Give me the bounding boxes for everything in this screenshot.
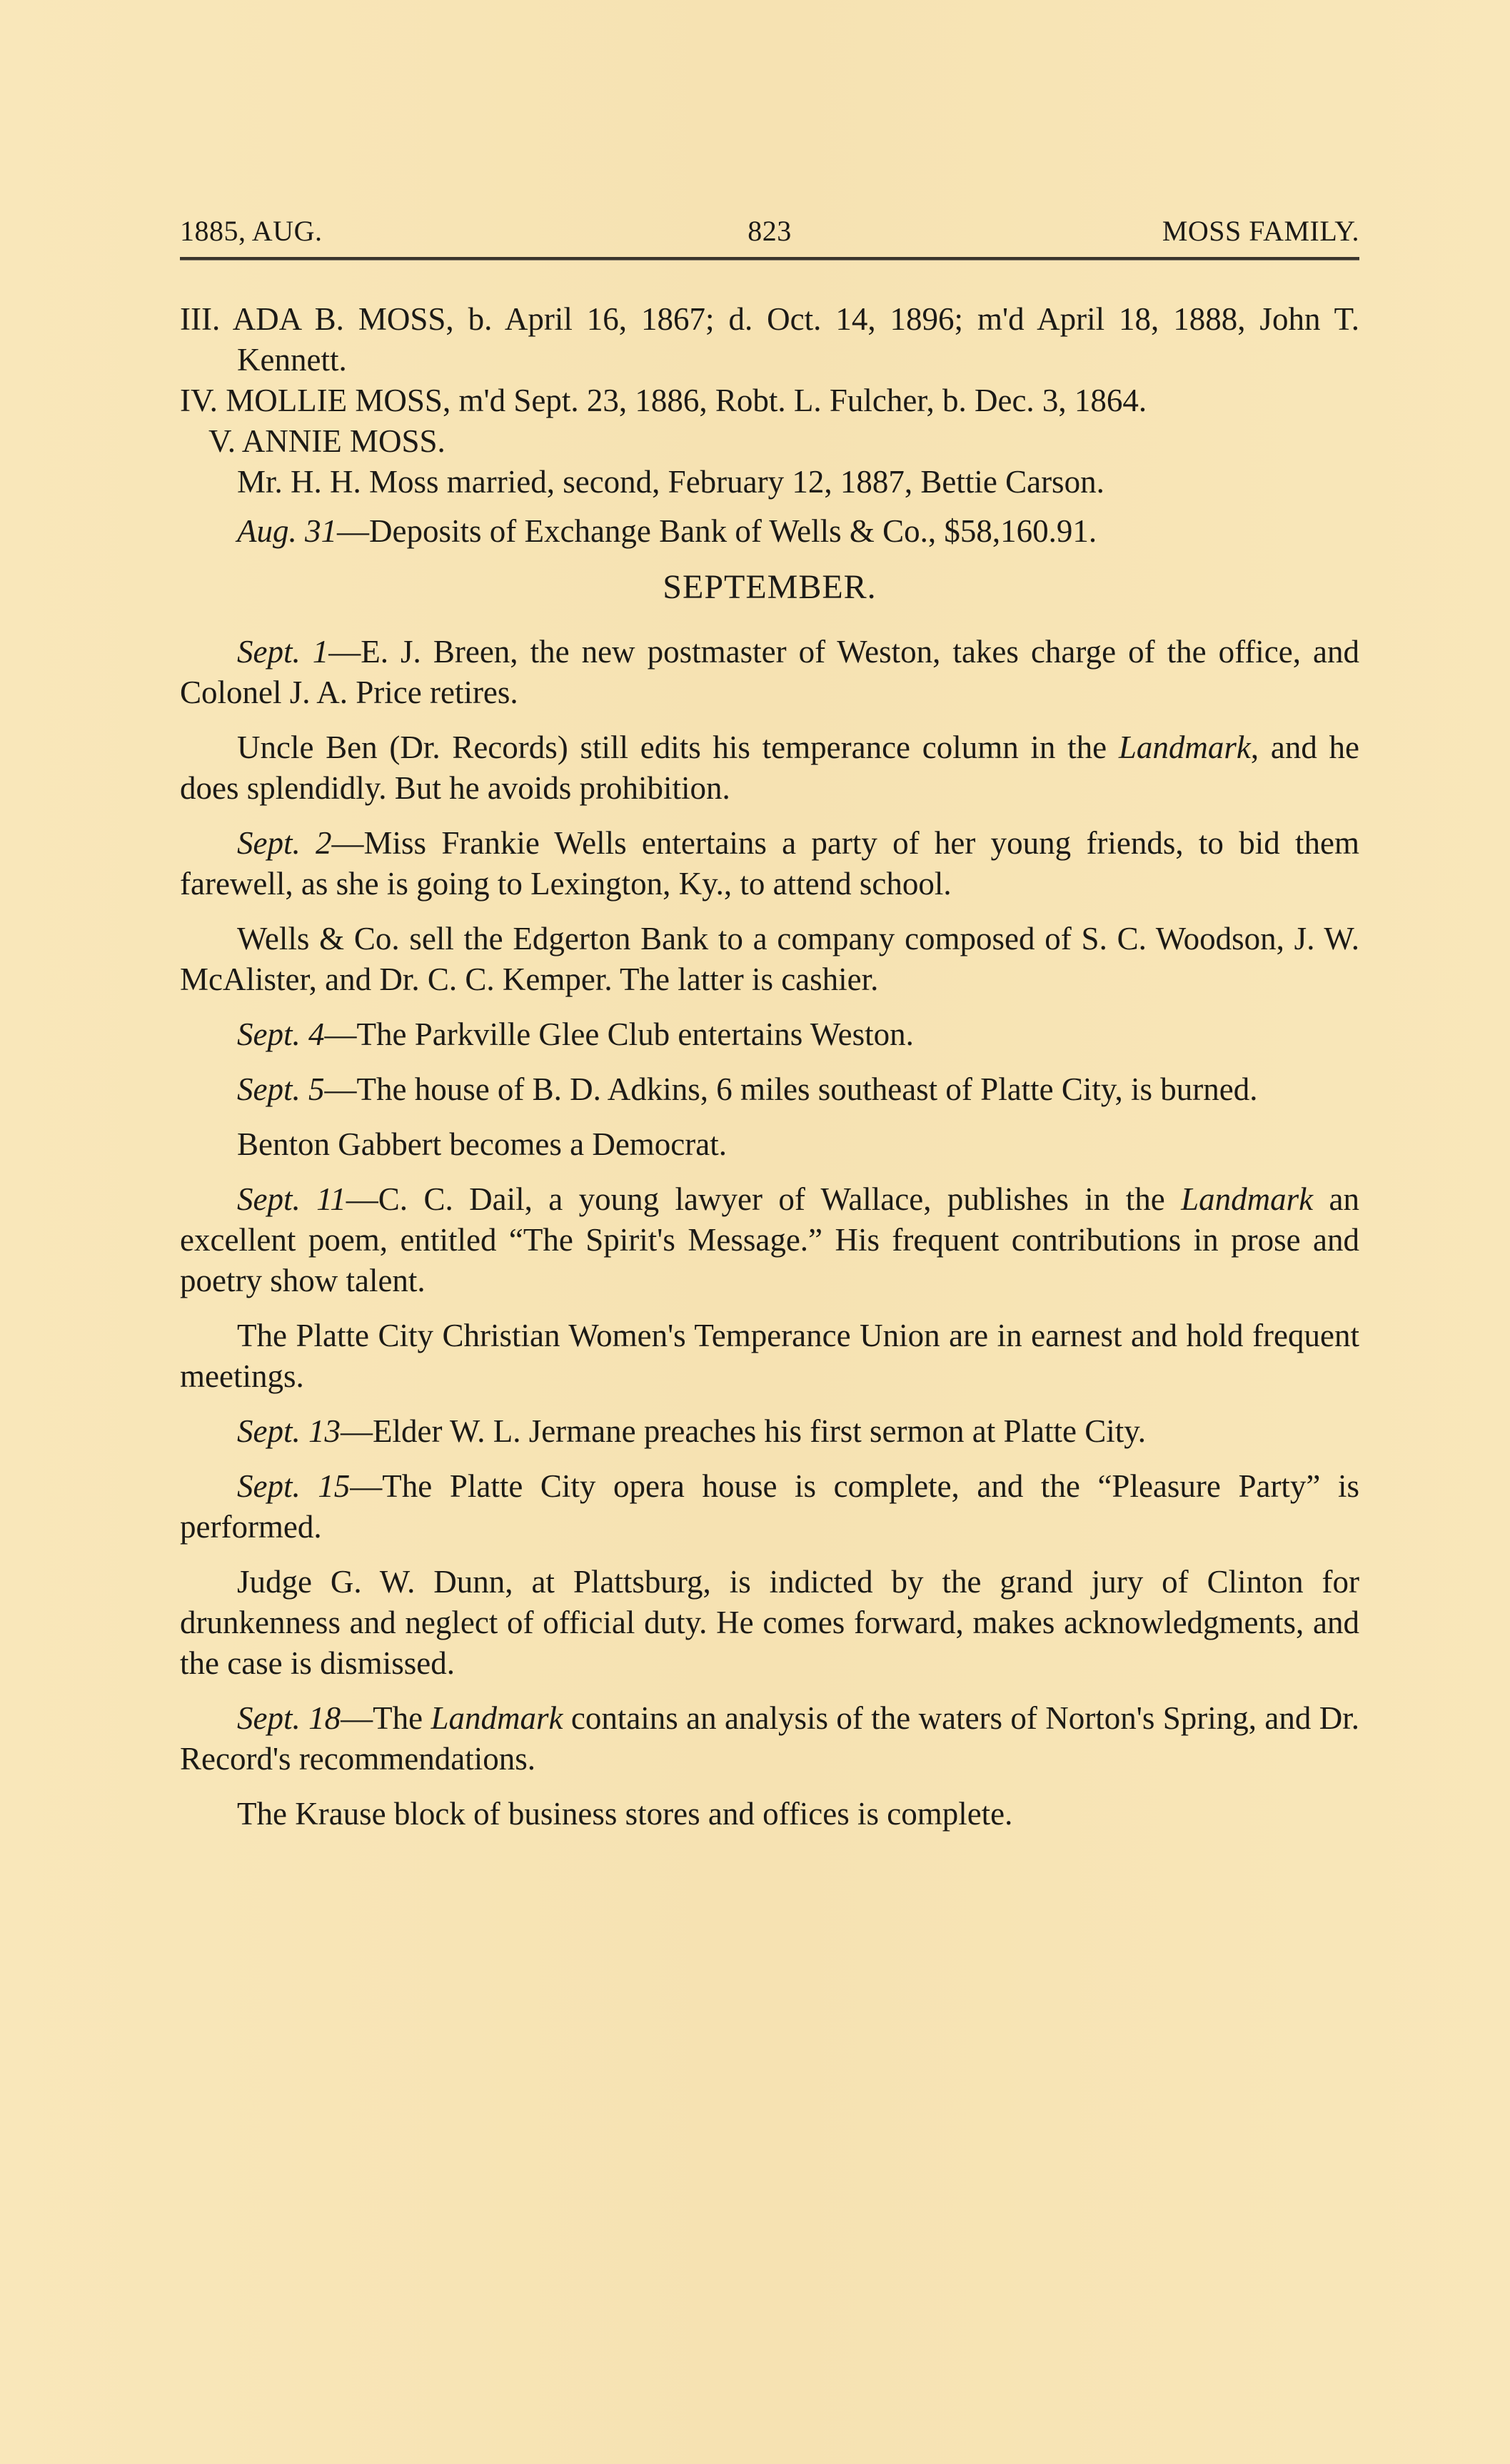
paragraph-sept-4: Sept. 4—The Parkville Glee Club entertai… — [180, 1014, 1359, 1055]
family-entry-v: V. ANNIE MOSS. — [180, 421, 1359, 462]
entry-text: ANNIE MOSS. — [236, 423, 446, 459]
entry-date: Sept. 4 — [237, 1016, 324, 1052]
paragraph-krause-block: The Krause block of business stores and … — [180, 1794, 1359, 1834]
paragraph-text: Judge G. W. Dunn, at Plattsburg, is indi… — [180, 1564, 1359, 1681]
paragraph-sept-18: Sept. 18—The Landmark contains an analys… — [180, 1698, 1359, 1779]
paragraph-sept-5: Sept. 5—The house of B. D. Adkins, 6 mil… — [180, 1069, 1359, 1110]
paragraph-uncle-ben: Uncle Ben (Dr. Records) still edits his … — [180, 727, 1359, 809]
paragraph-edgerton-bank: Wells & Co. sell the Edgerton Bank to a … — [180, 919, 1359, 1000]
paragraph-text: —Miss Frankie Wells entertains a party o… — [180, 825, 1359, 902]
paragraph-text: —C. C. Dail, a young lawyer of Wallace, … — [346, 1181, 1181, 1217]
section-heading-september: SEPTEMBER. — [180, 566, 1359, 609]
header-rule — [180, 257, 1359, 261]
family-entry-iv: IV. MOLLIE MOSS, m'd Sept. 23, 1886, Rob… — [180, 380, 1359, 421]
paragraph-wctu: The Platte City Christian Women's Temper… — [180, 1316, 1359, 1397]
paragraph-text: Wells & Co. sell the Edgerton Bank to a … — [180, 921, 1359, 997]
running-head-title: MOSS FAMILY. — [1162, 211, 1359, 251]
paragraph-sept-15: Sept. 15—The Platte City opera house is … — [180, 1466, 1359, 1547]
running-head: 1885, AUG. 823 MOSS FAMILY. — [180, 211, 1359, 251]
paragraph-gabbert: Benton Gabbert becomes a Democrat. — [180, 1124, 1359, 1165]
paragraph-text: —The Platte City opera house is complete… — [180, 1468, 1359, 1545]
entry-numeral: III. — [180, 301, 220, 337]
paragraph-text: —The — [341, 1700, 431, 1736]
entry-date: Sept. 15 — [237, 1468, 350, 1504]
entry-text: ADA B. MOSS, b. April 16, 1867; d. Oct. … — [220, 301, 1359, 378]
paragraph-text: —E. J. Breen, the new postmaster of West… — [180, 634, 1359, 710]
paragraph-text: Benton Gabbert becomes a Democrat. — [237, 1126, 727, 1162]
paragraph-sept-1: Sept. 1—E. J. Breen, the new postmaster … — [180, 632, 1359, 713]
paragraph-moss-marriage: Mr. H. H. Moss married, second, February… — [180, 462, 1359, 503]
paragraph-sept-11: Sept. 11—C. C. Dail, a young lawyer of W… — [180, 1179, 1359, 1301]
entry-numeral: IV. — [180, 383, 218, 418]
entry-numeral: V. — [208, 423, 236, 459]
paragraph-text: The Platte City Christian Women's Temper… — [180, 1318, 1359, 1394]
page-body: III. ADA B. MOSS, b. April 16, 1867; d. … — [180, 299, 1359, 1834]
paragraph-aug-31: Aug. 31—Deposits of Exchange Bank of Wel… — [180, 511, 1359, 552]
entry-date: Sept. 2 — [237, 825, 332, 861]
entry-date: Sept. 5 — [237, 1071, 324, 1107]
paragraph-text: The Krause block of business stores and … — [237, 1796, 1012, 1832]
paragraph-sept-2: Sept. 2—Miss Frankie Wells entertains a … — [180, 823, 1359, 904]
paragraph-judge-dunn: Judge G. W. Dunn, at Plattsburg, is indi… — [180, 1562, 1359, 1684]
paragraph-text: —The Parkville Glee Club entertains West… — [324, 1016, 913, 1052]
entry-date: Aug. 31 — [237, 513, 337, 549]
entry-date: Sept. 18 — [237, 1700, 341, 1736]
entry-date: Sept. 13 — [237, 1413, 341, 1449]
paragraph-text: Mr. H. H. Moss married, second, February… — [237, 464, 1104, 500]
entry-date: Sept. 11 — [237, 1181, 346, 1217]
newspaper-title: Landmark — [431, 1700, 563, 1736]
newspaper-title: Landmark — [1181, 1181, 1313, 1217]
entry-text: MOLLIE MOSS, m'd Sept. 23, 1886, Robt. L… — [218, 383, 1147, 418]
paragraph-text: —The house of B. D. Adkins, 6 miles sout… — [324, 1071, 1257, 1107]
book-page: 1885, AUG. 823 MOSS FAMILY. III. ADA B. … — [180, 211, 1359, 1849]
newspaper-title: Landmark — [1119, 729, 1251, 765]
paragraph-text: —Deposits of Exchange Bank of Wells & Co… — [337, 513, 1097, 549]
paragraph-sept-13: Sept. 13—Elder W. L. Jermane preaches hi… — [180, 1411, 1359, 1452]
family-entry-iii: III. ADA B. MOSS, b. April 16, 1867; d. … — [180, 299, 1359, 380]
paragraph-text: —Elder W. L. Jermane preaches his first … — [341, 1413, 1146, 1449]
paragraph-text: Uncle Ben (Dr. Records) still edits his … — [237, 729, 1119, 765]
entry-date: Sept. 1 — [237, 634, 328, 670]
